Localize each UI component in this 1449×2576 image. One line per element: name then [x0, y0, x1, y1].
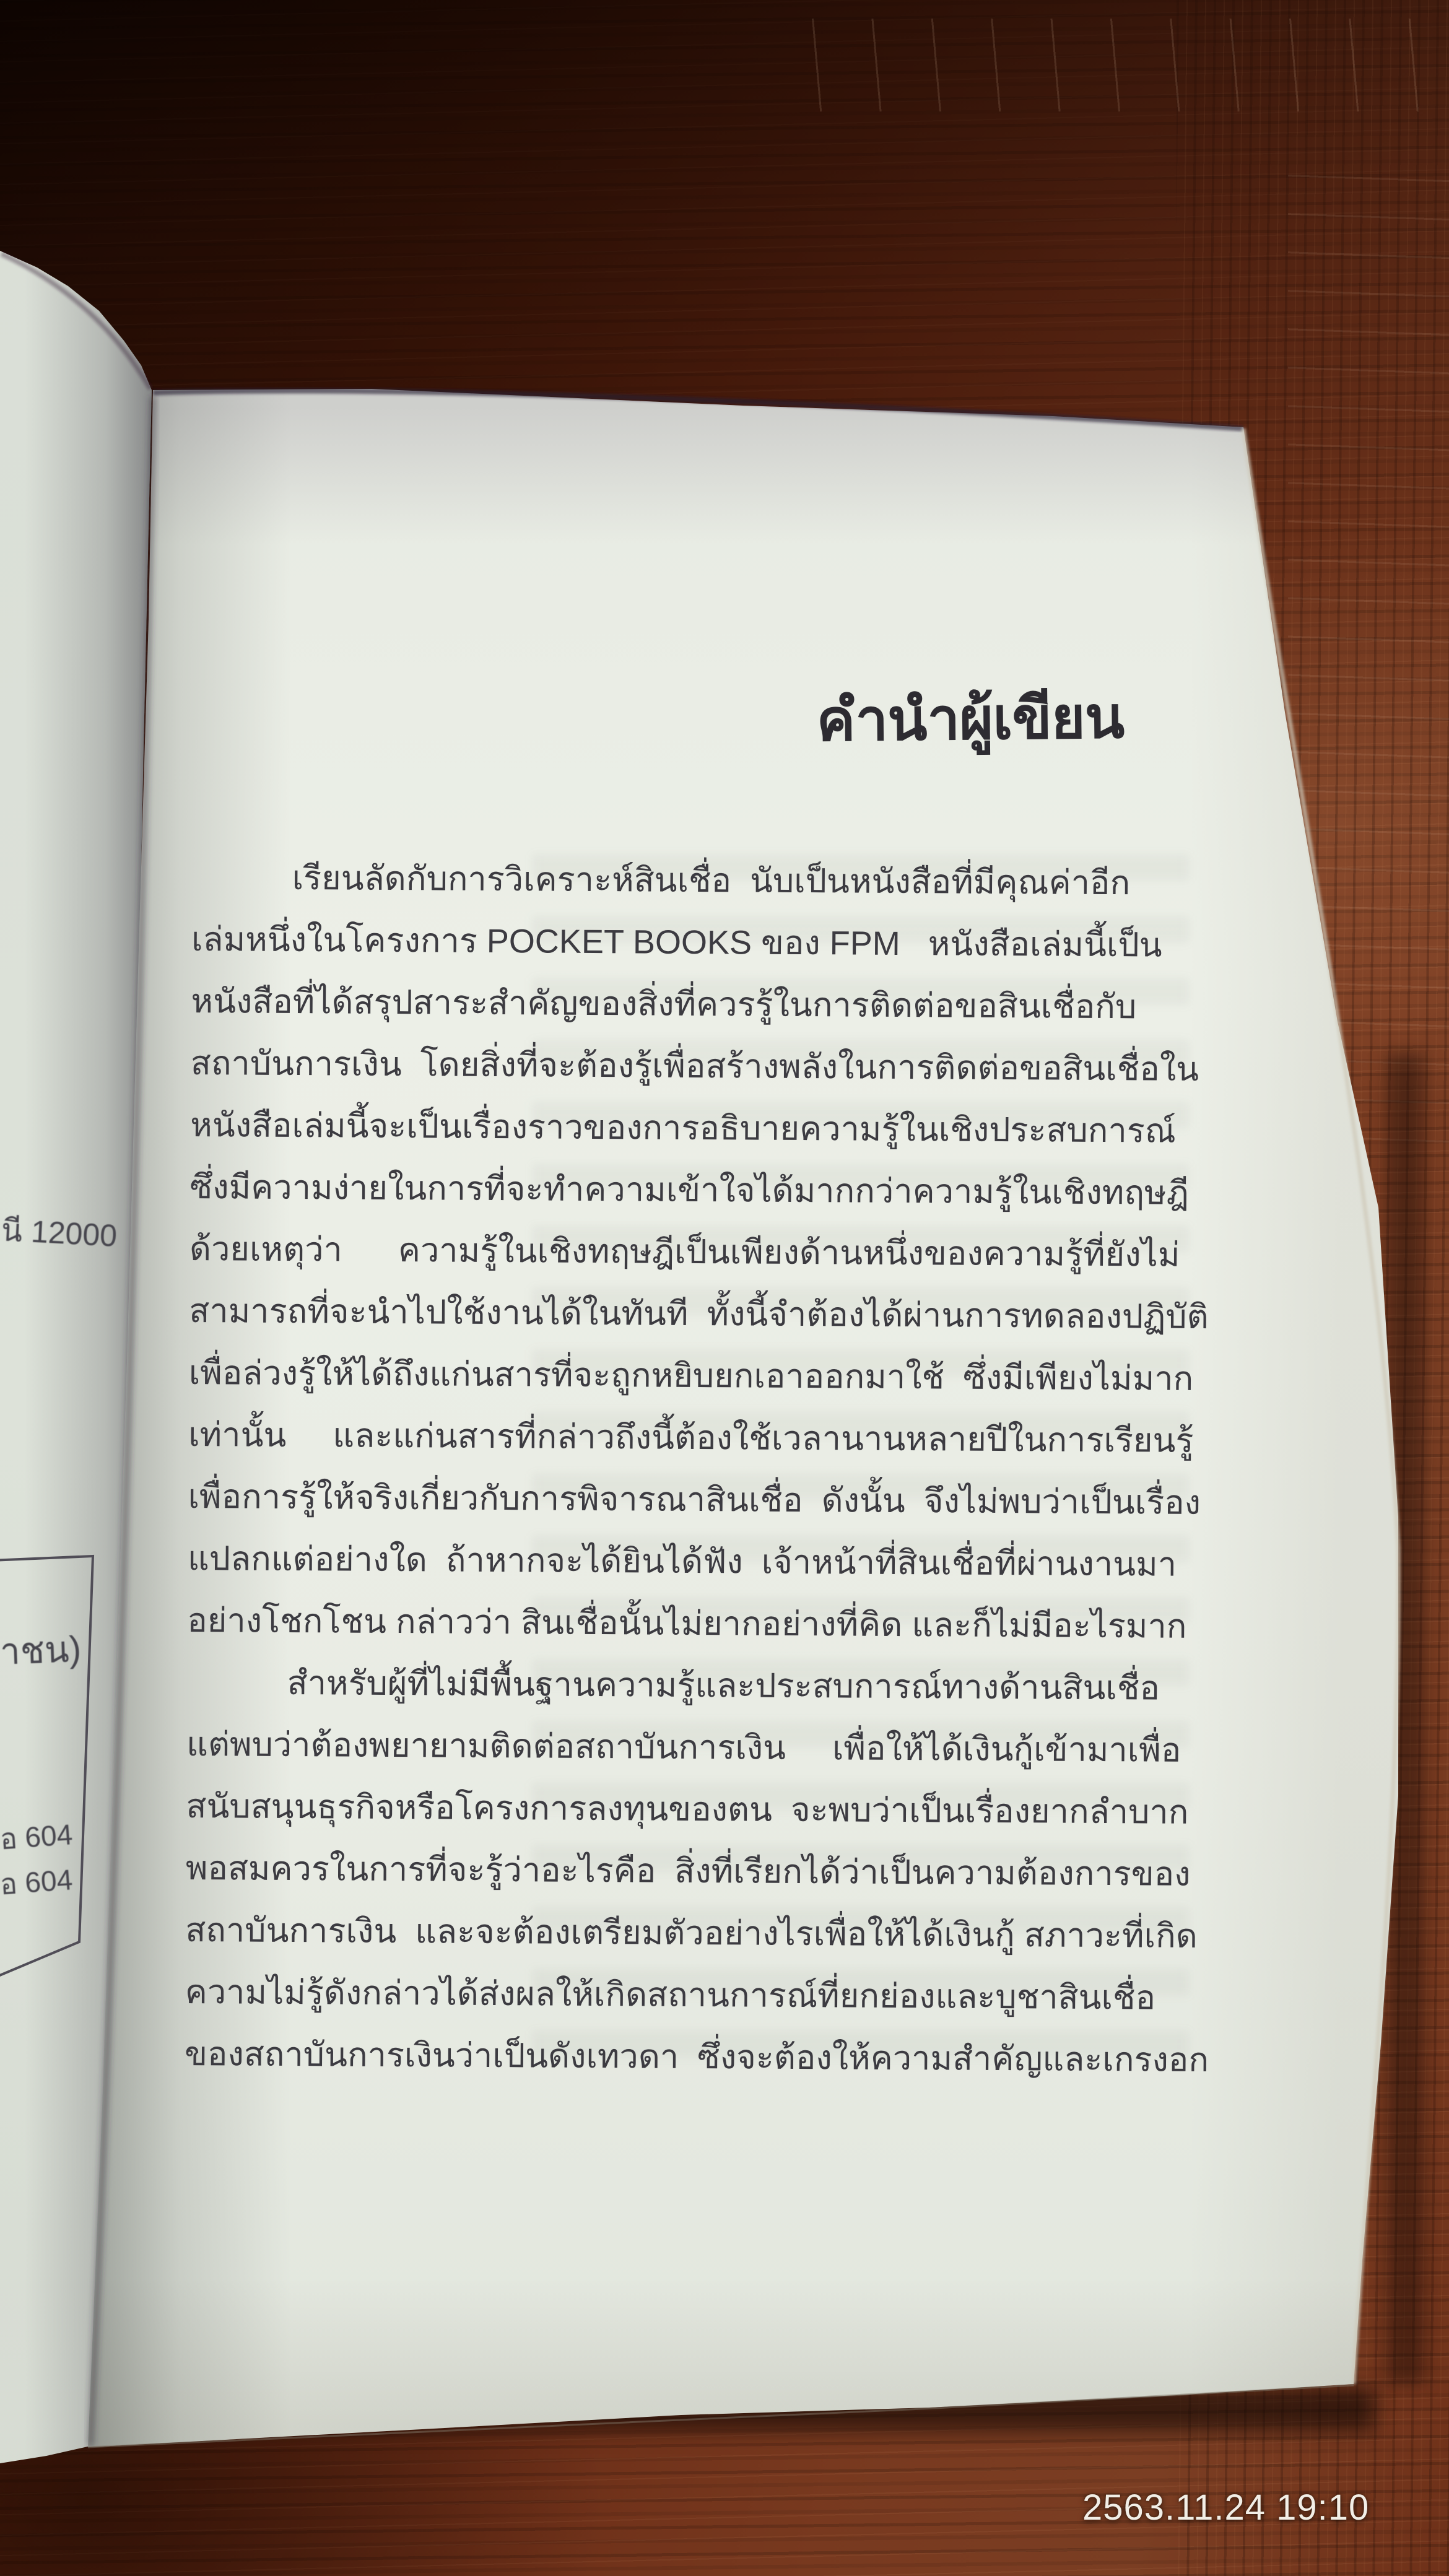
left-page-address-fragment: นี 12000 [0, 1206, 118, 1261]
body-line: พอสมควรในการที่จะรู้ว่าอะไรคือ สิ่งที่เร… [186, 1837, 1171, 1905]
body-line: ของสถาบันการเงินว่าเป็นดังเทวดา ซึ่งจะต้… [185, 2023, 1170, 2091]
wood-scratches [793, 19, 1449, 111]
body-line: เล่มหนึ่งในโครงการ POCKET BOOKS ของ FPM … [191, 908, 1177, 977]
body-line: หนังสือที่ได้สรุปสาระสำคัญของสิ่งที่ควรร… [191, 970, 1176, 1038]
body-line: สถาบันการเงิน และจะต้องเตรียมตัวอย่างไรเ… [185, 1899, 1170, 1967]
body-line: สถาบันการเงิน โดยสิ่งที่จะต้องรู้เพื่อสร… [191, 1032, 1176, 1100]
body-line: แปลกแต่อย่างใด ถ้าหากจะได้ยินได้ฟัง เจ้า… [188, 1528, 1173, 1596]
body-text: เรียนลัดกับการวิเคราะห์สินเชื่อ นับเป็นห… [185, 846, 1177, 2091]
left-page-phone-fragment: ่อ 604 [0, 1812, 74, 1862]
left-page-box-text-fragment: าชน) [0, 1620, 82, 1681]
body-line: ด้วยเหตุว่า ความรู้ในเชิงทฤษฎีเป็นเพียงด… [189, 1218, 1175, 1286]
body-line: สามารถที่จะนำไปใช้งานได้ในทันที ทั้งนี้จ… [189, 1280, 1174, 1348]
body-line: แต่พบว่าต้องพยายามติดต่อสถาบันการเงิน เพ… [186, 1713, 1172, 1782]
body-line: สำหรับผู้ที่ไม่มีพื้นฐานความรู้และประสบก… [186, 1651, 1172, 1720]
body-line: เพื่อล่วงรู้ให้ได้ถึงแก่นสารที่จะถูกหยิบ… [189, 1342, 1174, 1410]
body-line: อย่างโชกโชน กล่าวว่า สินเชื่อนั้นไม่ยากอ… [187, 1590, 1172, 1658]
body-line: ความไม่รู้ดังกล่าวได้ส่งผลให้เกิดสถานการ… [185, 1961, 1170, 2029]
body-line: เท่านั้น และแก่นสารที่กล่าวถึงนี้ต้องใช้… [188, 1404, 1173, 1472]
camera-timestamp: 2563.11.24 19:10 [1082, 2487, 1369, 2528]
body-line: เพื่อการรู้ให้จริงเกี่ยวกับการพิจารณาสิน… [188, 1466, 1173, 1534]
page-title: คำนำผู้เขียน [619, 671, 1124, 764]
book-photo: { "photo": { "description": "photo of an… [0, 0, 1449, 2576]
body-line: สนับสนุนธุรกิจหรือโครงการลงทุนของตน จะพบ… [186, 1775, 1171, 1843]
left-page-phone-fragment: ่อ 604 [0, 1857, 74, 1907]
body-line: ซึ่งมีความง่ายในการที่จะทำความเข้าใจได้ม… [189, 1156, 1175, 1224]
body-line: หนังสือเล่มนี้จะเป็นเรื่องราวของการอธิบา… [190, 1094, 1175, 1162]
body-line: เรียนลัดกับการวิเคราะห์สินเชื่อ นับเป็นห… [191, 846, 1177, 915]
